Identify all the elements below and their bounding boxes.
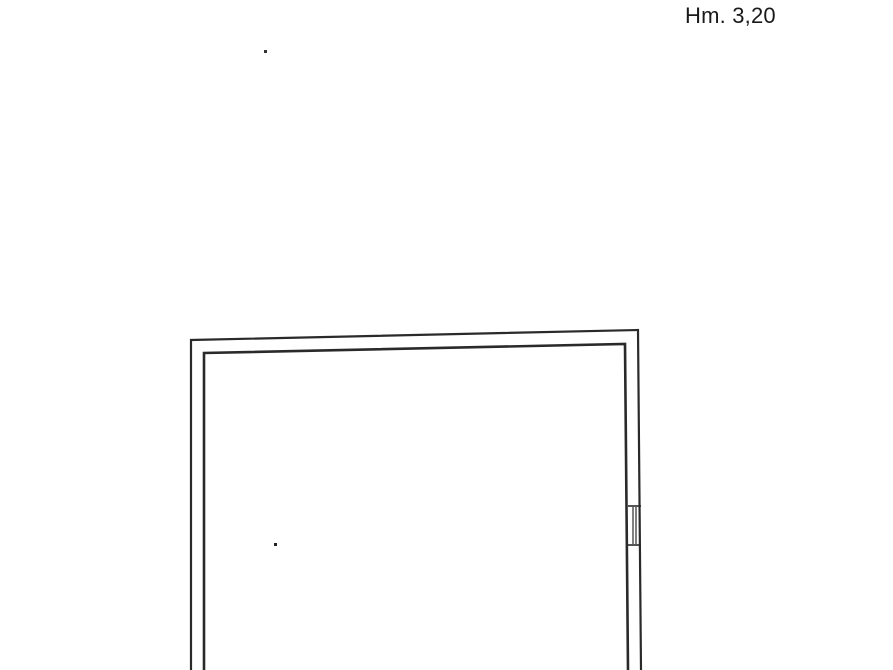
scan-speck: [274, 543, 277, 546]
room-walls: [191, 330, 641, 670]
outer-wall-line: [191, 330, 641, 670]
inner-wall-line: [204, 344, 628, 670]
scan-speck: [264, 50, 267, 53]
floor-plan-drawing: [0, 0, 893, 670]
